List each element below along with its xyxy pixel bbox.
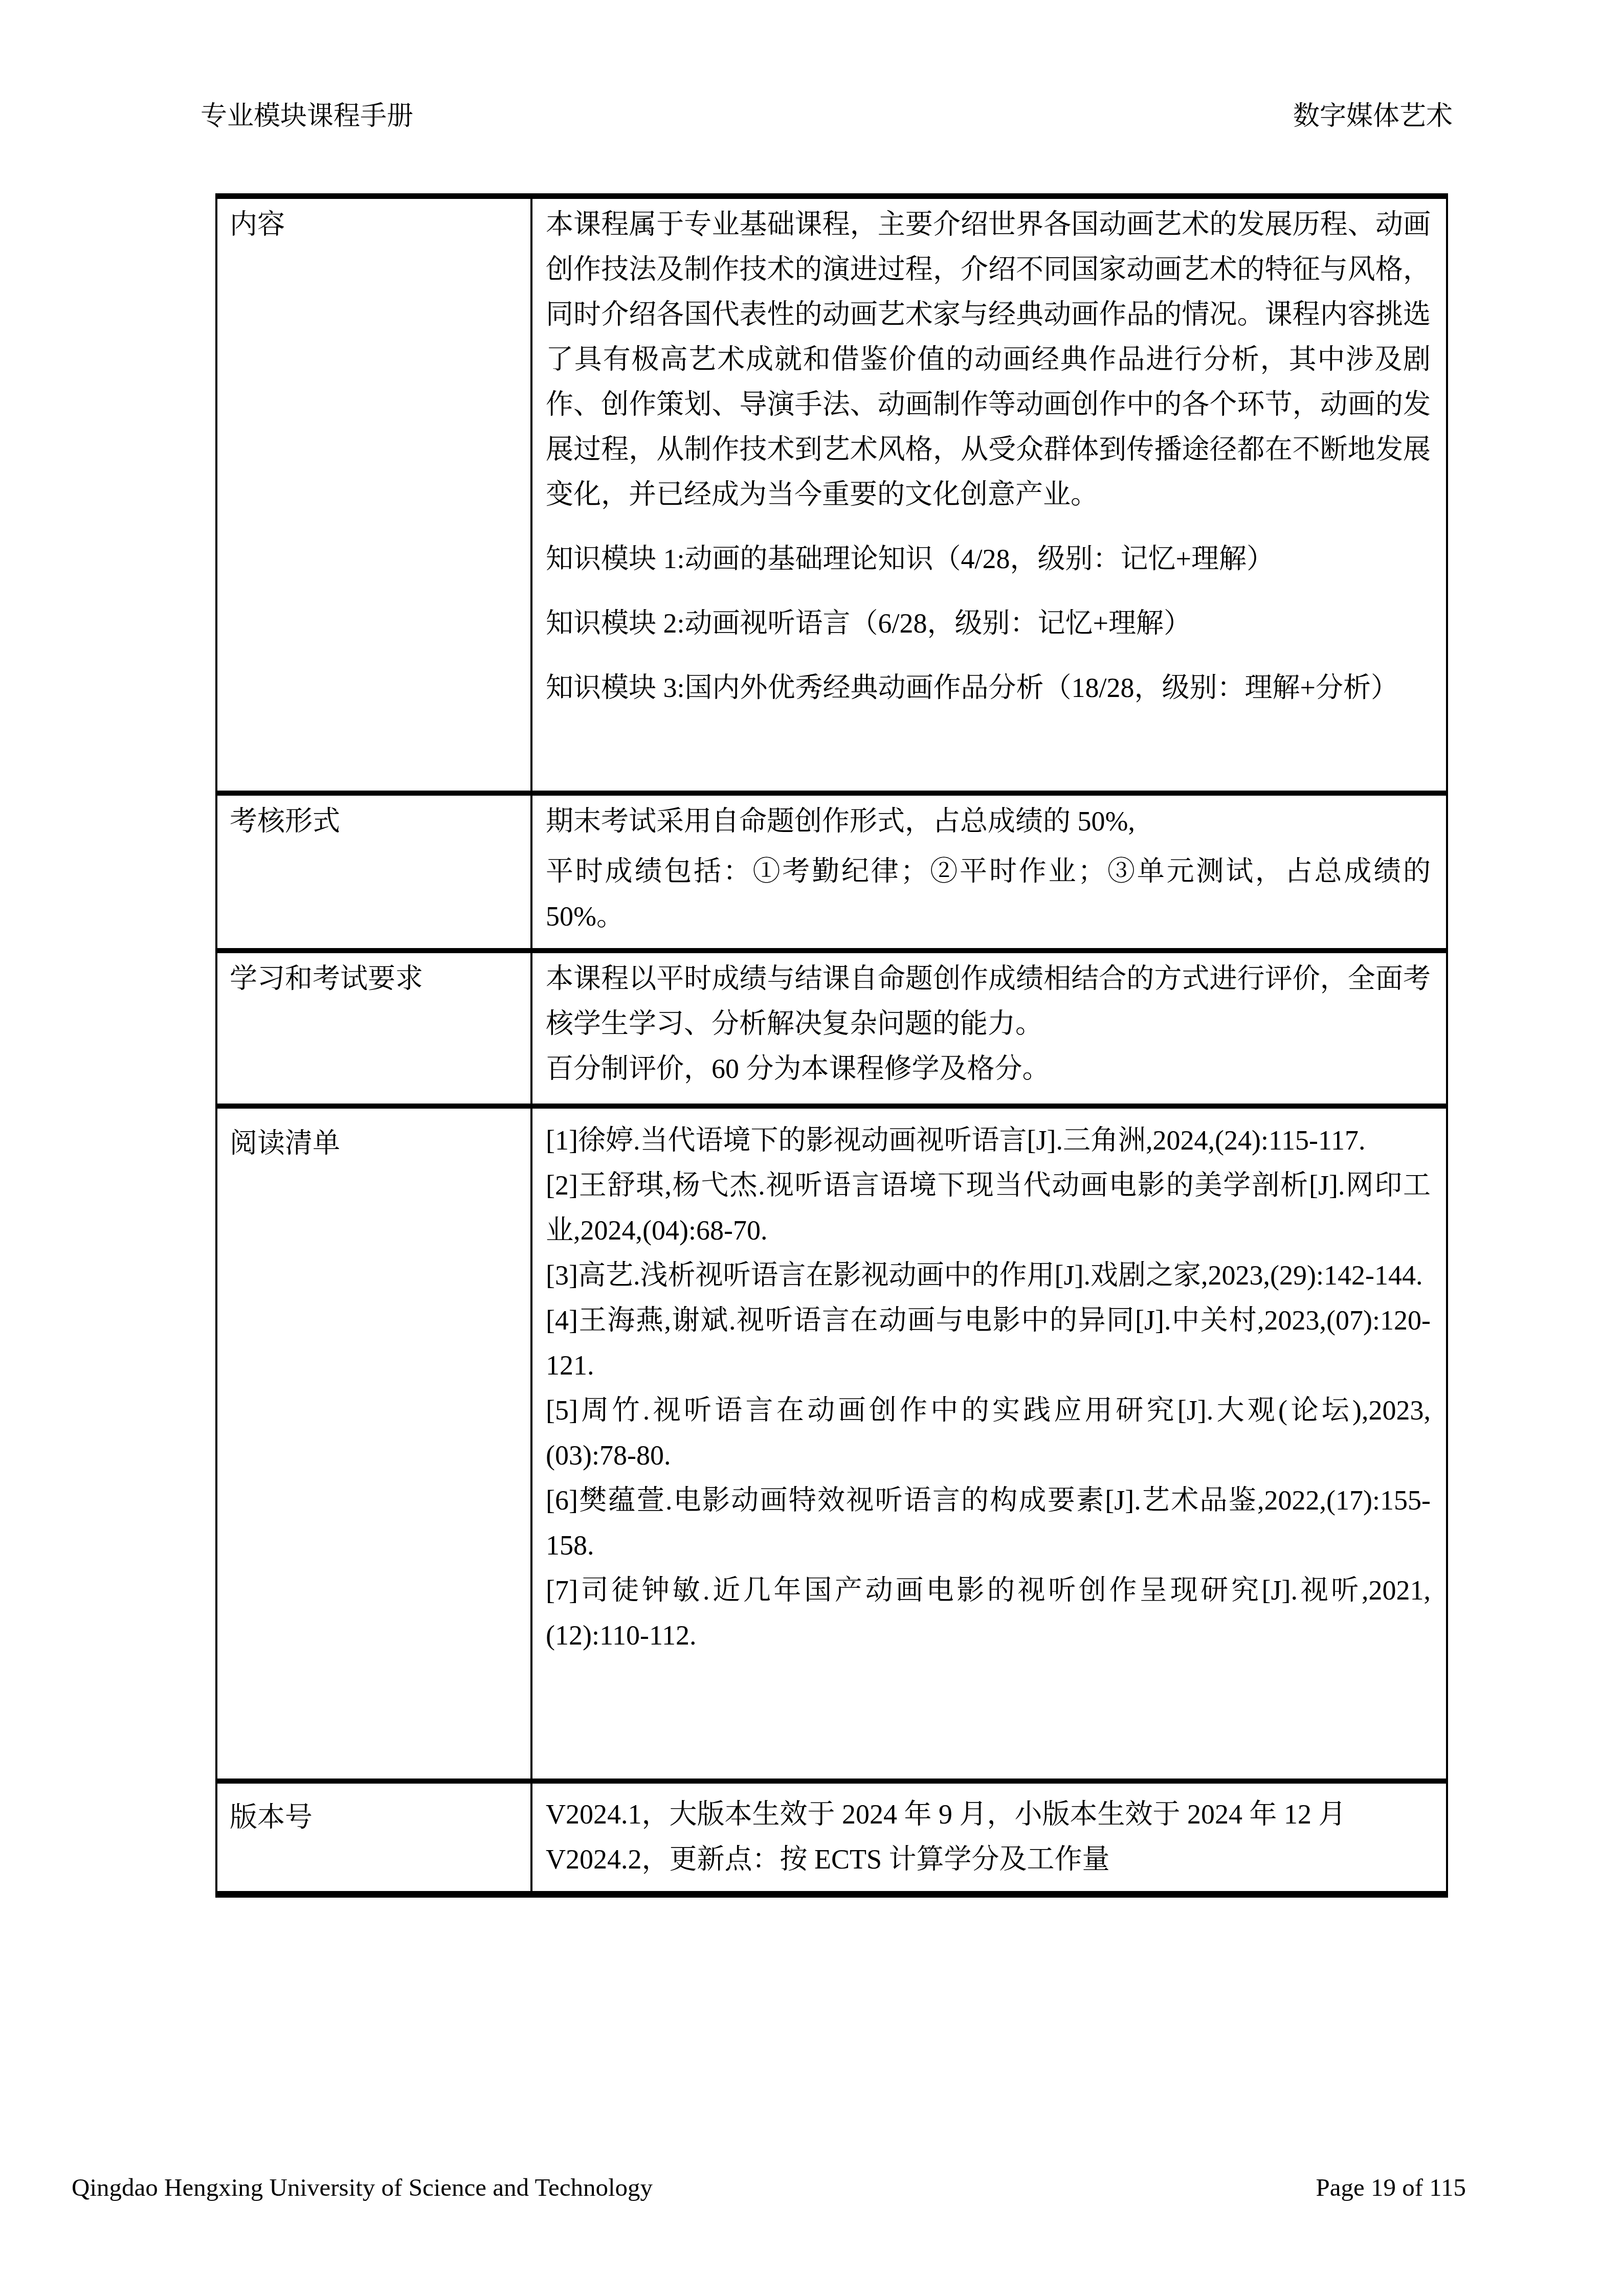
reference-7: [7]司徒钟敏.近几年国产动画电影的视听创作呈现研究[J].视听,2021,(1…	[546, 1568, 1431, 1658]
version-line-2: V2024.2，更新点：按 ECTS 计算学分及工作量	[546, 1837, 1431, 1882]
knowledge-module-2: 知识模块 2:动画视听语言（6/28，级别：记忆+理解）	[546, 601, 1431, 646]
row-label-version: 版本号	[217, 1784, 532, 1891]
content-description-paragraph: 本课程属于专业基础课程，主要介绍世界各国动画艺术的发展历程、动画创作技法及制作技…	[546, 202, 1431, 517]
course-info-table: 内容 本课程属于专业基础课程，主要介绍世界各国动画艺术的发展历程、动画创作技法及…	[215, 193, 1448, 1898]
row-label-requirements: 学习和考试要求	[217, 953, 532, 1104]
reference-1: [1]徐婷.当代语境下的影视动画视听语言[J].三角洲,2024,(24):11…	[546, 1118, 1431, 1163]
footer-university-name: Qingdao Hengxing University of Science a…	[72, 2172, 653, 2203]
header-program-name: 数字媒体艺术	[1293, 100, 1453, 133]
header-doc-title: 专业模块课程手册	[201, 100, 413, 133]
row-value-reading-list: [1]徐婷.当代语境下的影视动画视听语言[J].三角洲,2024,(24):11…	[532, 1109, 1446, 1779]
table-row-content: 内容 本课程属于专业基础课程，主要介绍世界各国动画艺术的发展历程、动画创作技法及…	[217, 199, 1446, 796]
requirements-passing-score: 百分制评价，60 分为本课程修学及格分。	[546, 1046, 1431, 1091]
reference-4: [4]王海燕,谢斌.视听语言在动画与电影中的异同[J].中关村,2023,(07…	[546, 1298, 1431, 1388]
version-line-1: V2024.1，大版本生效于 2024 年 9 月，小版本生效于 2024 年 …	[546, 1792, 1431, 1837]
document-page: { "header": { "left": "专业模块课程手册", "right…	[0, 0, 1624, 2296]
row-value-content: 本课程属于专业基础课程，主要介绍世界各国动画艺术的发展历程、动画创作技法及制作技…	[532, 199, 1446, 791]
row-label-reading-list: 阅读清单	[217, 1109, 532, 1779]
row-label-content: 内容	[217, 199, 532, 791]
table-row-requirements: 学习和考试要求 本课程以平时成绩与结课自命题创作成绩相结合的方式进行评价，全面考…	[217, 953, 1446, 1109]
reference-6: [6]樊蕴萱.电影动画特效视听语言的构成要素[J].艺术品鉴,2022,(17)…	[546, 1478, 1431, 1568]
page-footer: Qingdao Hengxing University of Science a…	[72, 2172, 1466, 2203]
reference-3: [3]高艺.浅析视听语言在影视动画中的作用[J].戏剧之家,2023,(29):…	[546, 1253, 1431, 1298]
reference-2: [2]王舒琪,杨弋杰.视听语言语境下现当代动画电影的美学剖析[J].网印工业,2…	[546, 1163, 1431, 1253]
row-value-version: V2024.1，大版本生效于 2024 年 9 月，小版本生效于 2024 年 …	[532, 1784, 1446, 1891]
row-value-requirements: 本课程以平时成绩与结课自命题创作成绩相结合的方式进行评价，全面考核学生学习、分析…	[532, 953, 1446, 1104]
page-header: 专业模块课程手册 数字媒体艺术	[201, 100, 1453, 133]
table-row-assessment: 考核形式 期末考试采用自命题创作形式，占总成绩的 50%, 平时成绩包括：①考勤…	[217, 796, 1446, 953]
knowledge-module-1: 知识模块 1:动画的基础理论知识（4/28，级别：记忆+理解）	[546, 536, 1431, 581]
reference-5: [5]周竹.视听语言在动画创作中的实践应用研究[J].大观(论坛),2023,(…	[546, 1388, 1431, 1478]
knowledge-module-3: 知识模块 3:国内外优秀经典动画作品分析（18/28，级别：理解+分析）	[546, 665, 1431, 710]
table-row-reading-list: 阅读清单 [1]徐婷.当代语境下的影视动画视听语言[J].三角洲,2024,(2…	[217, 1109, 1446, 1784]
assessment-regular-grade: 平时成绩包括：①考勤纪律；②平时作业；③单元测试，占总成绩的 50%。	[546, 849, 1431, 939]
assessment-final-exam: 期末考试采用自命题创作形式，占总成绩的 50%,	[546, 799, 1431, 844]
row-label-assessment: 考核形式	[217, 796, 532, 948]
row-value-assessment: 期末考试采用自命题创作形式，占总成绩的 50%, 平时成绩包括：①考勤纪律；②平…	[532, 796, 1446, 948]
table-row-version: 版本号 V2024.1，大版本生效于 2024 年 9 月，小版本生效于 202…	[217, 1784, 1446, 1891]
footer-page-number: Page 19 of 115	[1316, 2172, 1466, 2203]
requirements-evaluation-method: 本课程以平时成绩与结课自命题创作成绩相结合的方式进行评价，全面考核学生学习、分析…	[546, 956, 1431, 1046]
